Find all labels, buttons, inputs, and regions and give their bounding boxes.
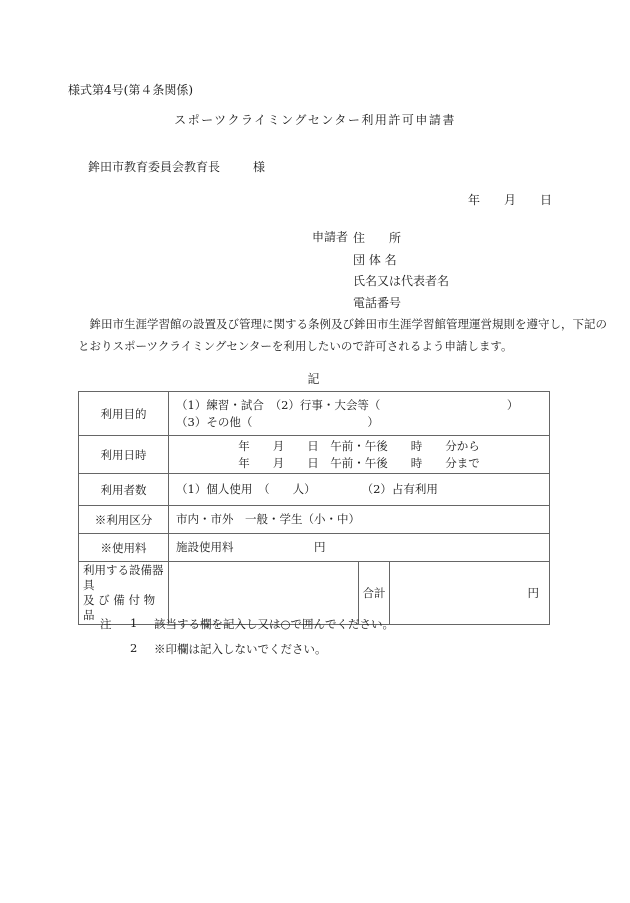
cell-datetime: 年 月 日 午前・午後 時 分から 年 月 日 午前・午後 時 分まで	[169, 436, 550, 474]
applicant-fields: 住 所 団 体 名 氏名又は代表者名 電話番号	[353, 228, 449, 314]
cell-users: （1）個人使用 （ 人） （2）占有利用	[169, 474, 550, 506]
body-paragraph-line2: とおりスポーツクライミングセンターを利用したいので許可されるよう申請します。	[78, 336, 568, 358]
applicant-label: 申請者	[312, 228, 348, 314]
application-form-page: 様式第4号(第４条関係) スポーツクライミングセンター利用許可申請書 鉾田市教育…	[0, 0, 630, 903]
row-header-purpose: 利用目的	[79, 392, 169, 436]
note-2-number: 2	[130, 641, 137, 655]
record-marker: 記	[78, 370, 549, 387]
applicant-field-phone: 電話番号	[353, 293, 449, 315]
document-title: スポーツクライミングセンター利用許可申請書	[0, 111, 630, 128]
cell-fee: 施設使用料 円	[169, 534, 550, 562]
table-row-purpose: 利用目的 （1）練習・試合 （2）行事・大会等（ ） （3）その他（ ）	[79, 392, 550, 436]
application-table: 利用目的 （1）練習・試合 （2）行事・大会等（ ） （3）その他（ ） 利用日…	[78, 391, 550, 625]
addressee-name: 鉾田市教育委員会教育長	[88, 158, 220, 175]
applicant-field-address: 住 所	[353, 228, 449, 250]
cell-category: 市内・市外 一般・学生（小・中）	[169, 506, 550, 534]
datetime-to-line: 年 月 日 午前・午後 時 分まで	[176, 455, 542, 472]
note-2-text: ※印欄は記入しないでください。	[154, 641, 327, 657]
body-paragraph: 鉾田市生涯学習館の設置及び管理に関する条例及び鉾田市生涯学習館管理運営規則を遵守…	[78, 314, 568, 357]
note-1-number: 1	[130, 616, 137, 630]
applicant-field-representative: 氏名又は代表者名	[353, 271, 449, 293]
row-header-category: ※利用区分	[79, 506, 169, 534]
date-line: 年 月 日	[468, 191, 552, 208]
addressee-line: 鉾田市教育委員会教育長 様	[88, 158, 265, 175]
equipment-header-line1: 利用する設備器具	[83, 563, 164, 593]
applicant-block: 申請者 住 所 団 体 名 氏名又は代表者名 電話番号	[312, 228, 449, 314]
table-row-datetime: 利用日時 年 月 日 午前・午後 時 分から 年 月 日 午前・午後 時 分まで	[79, 436, 550, 474]
total-amount-cell: 円	[390, 562, 550, 625]
users-line: （1）個人使用 （ 人） （2）占有利用	[176, 481, 542, 498]
applicant-field-organization: 団 体 名	[353, 250, 449, 272]
note-1-text: 該当する欄を記入し又は○で囲んでください。	[154, 616, 394, 632]
notes-label: 注	[100, 616, 112, 632]
purpose-line2: （3）その他（ ）	[176, 414, 542, 431]
cell-purpose: （1）練習・試合 （2）行事・大会等（ ） （3）その他（ ）	[169, 392, 550, 436]
row-header-users: 利用者数	[79, 474, 169, 506]
body-paragraph-line1: 鉾田市生涯学習館の設置及び管理に関する条例及び鉾田市生涯学習館管理運営規則を遵守…	[78, 314, 568, 336]
datetime-from-line: 年 月 日 午前・午後 時 分から	[176, 438, 542, 455]
table-row-fee: ※使用料 施設使用料 円	[79, 534, 550, 562]
table-row-category: ※利用区分 市内・市外 一般・学生（小・中）	[79, 506, 550, 534]
form-number: 様式第4号(第４条関係)	[68, 81, 193, 98]
fee-line: 施設使用料 円	[176, 539, 542, 556]
row-header-fee: ※使用料	[79, 534, 169, 562]
addressee-honorific: 様	[253, 158, 265, 175]
addressee-gap	[220, 158, 253, 175]
purpose-line1: （1）練習・試合 （2）行事・大会等（ ）	[176, 397, 542, 414]
category-line: 市内・市外 一般・学生（小・中）	[176, 511, 542, 528]
table-row-users: 利用者数 （1）個人使用 （ 人） （2）占有利用	[79, 474, 550, 506]
equipment-header-line2: 及 び 備 付 物 品	[83, 593, 164, 623]
row-header-datetime: 利用日時	[79, 436, 169, 474]
